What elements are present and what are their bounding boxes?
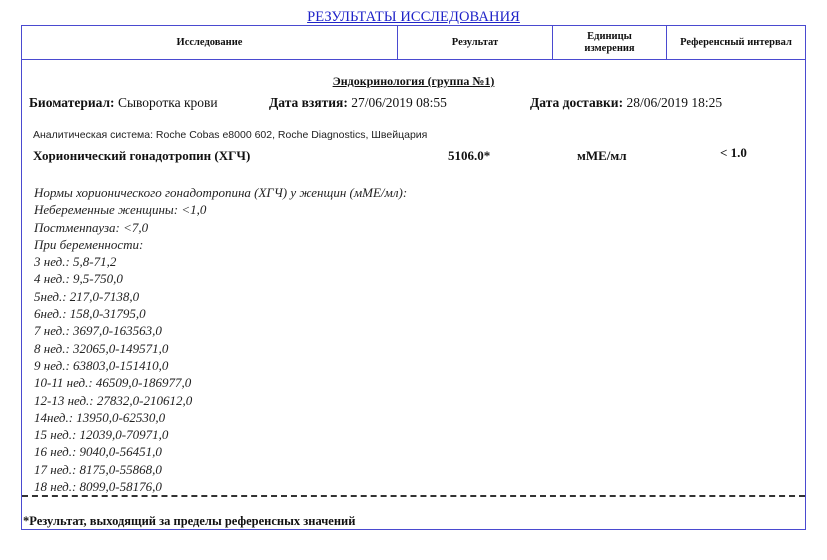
document-title: РЕЗУЛЬТАТЫ ИССЛЕДОВАНИЯ [0,9,827,25]
header-result: Результат [398,26,553,59]
date-taken: Дата взятия: 27/06/2019 08:55 [269,95,447,111]
header-reference: Референсный интервал [667,26,805,59]
header-units-line1: Единицы [584,31,634,43]
date-delivered: Дата доставки: 28/06/2019 18:25 [530,95,722,111]
header-units-line2: измерения [584,43,634,55]
date-taken-value: 27/06/2019 08:55 [351,95,447,110]
test-reference: < 1.0 [720,145,747,161]
test-units: мМЕ/мл [577,148,627,164]
header-study: Исследование [22,26,398,59]
header-units: Единицы измерения [553,26,667,59]
test-result: 5106.0* [448,148,490,164]
date-taken-label: Дата взятия: [269,95,348,110]
footnote: *Результат, выходящий за пределы референ… [23,514,355,529]
date-delivered-value: 28/06/2019 18:25 [626,95,722,110]
norm-line: 6нед.: 158,0-31795,0 [34,305,407,322]
biomaterial: Биоматериал: Сыворотка крови [29,95,218,111]
biomaterial-value: Сыворотка крови [118,95,218,110]
norm-line: 18 нед.: 8099,0-58176,0 [34,478,407,495]
norm-line: 4 нед.: 9,5-750,0 [34,270,407,287]
norm-line: 3 нед.: 5,8-71,2 [34,253,407,270]
norm-line: 14нед.: 13950,0-62530,0 [34,409,407,426]
norm-line: 5нед.: 217,0-7138,0 [34,288,407,305]
norm-line: 17 нед.: 8175,0-55868,0 [34,461,407,478]
reference-norms: Нормы хорионического гонадотропина (ХГЧ)… [34,184,407,495]
norm-line: 16 нед.: 9040,0-56451,0 [34,443,407,460]
norm-line: 10-11 нед.: 46509,0-186977,0 [34,374,407,391]
norm-line: Небеременные женщины: <1,0 [34,201,407,218]
norm-line: Постменпауза: <7,0 [34,219,407,236]
norm-line: 7 нед.: 3697,0-163563,0 [34,322,407,339]
section-title: Эндокринология (группа №1) [22,74,805,89]
results-table: Исследование Результат Единицы измерения… [21,25,806,530]
analyzer-system: Аналитическая система: Roche Cobas e8000… [33,129,427,141]
norm-line: 9 нед.: 63803,0-151410,0 [34,357,407,374]
date-delivered-label: Дата доставки: [530,95,623,110]
norms-heading: Нормы хорионического гонадотропина (ХГЧ)… [34,184,407,201]
biomaterial-label: Биоматериал: [29,95,115,110]
test-name: Хорионический гонадотропин (ХГЧ) [33,148,250,164]
dashed-divider [22,495,805,497]
norm-line: 15 нед.: 12039,0-70971,0 [34,426,407,443]
norm-line: 8 нед.: 32065,0-149571,0 [34,340,407,357]
norm-line: 12-13 нед.: 27832,0-210612,0 [34,392,407,409]
norm-line: При беременности: [34,236,407,253]
table-header: Исследование Результат Единицы измерения… [22,26,805,60]
